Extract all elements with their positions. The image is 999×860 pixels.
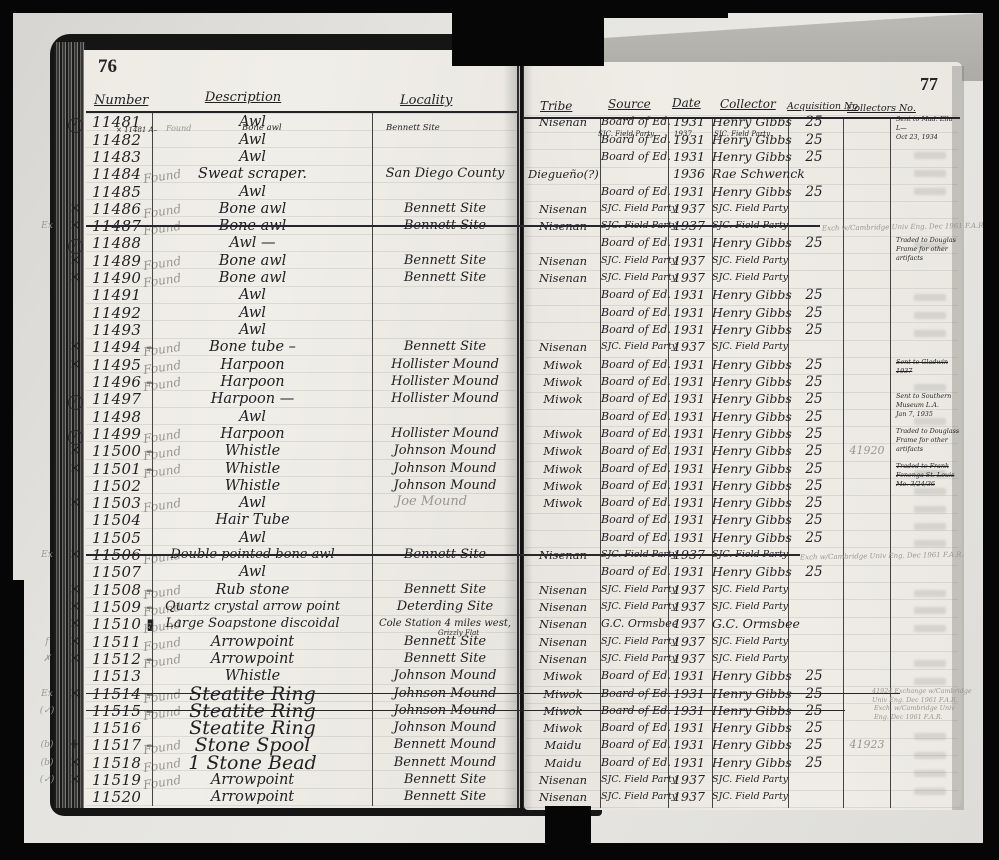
margin-note-line: Traded to Douglass	[896, 427, 966, 436]
subrow-source: SJC. Field Party	[598, 130, 654, 138]
margin-note-line: Sent to Southern	[896, 392, 966, 401]
margin-note-line: Traded to Frank	[896, 462, 966, 471]
margin-note: Sent to Gladwin1937	[896, 358, 966, 376]
margin-note: Exch. w/Cambridge UnivEng. Dec 1961 F.A.…	[874, 704, 944, 722]
margin-note-line: Museum L.A.	[896, 401, 966, 410]
subrow-collector: SJC. Field Party	[714, 130, 770, 138]
margin-note: Sent to SouthernMuseum L.A.Jan 7, 1935	[896, 392, 966, 419]
margin-note-line: Jan 7, 1935	[896, 410, 966, 419]
margin-note-line: 41924 Exchange w/Cambridge	[872, 687, 942, 696]
margin-note-line: Mo. 3/24/36	[896, 480, 966, 489]
margin-note-line: Sent to Mad. Ella	[896, 115, 966, 124]
scanned-ledger-photo: 76 77 Number Description Locality Tribe …	[0, 0, 999, 860]
subrow-date: 1937	[674, 130, 692, 138]
margin-note-line: Sent to Gladwin	[896, 358, 966, 367]
margin-note: Traded to DouglasFrame for otherartifact…	[896, 236, 966, 263]
margin-note: 41924 Exchange w/CambridgeUniv Eng. Dec …	[872, 687, 942, 705]
subrow-description: Bone awl	[242, 123, 282, 133]
margin-note: Exch w/Cambridge Univ Eng. Dec 1961 F.A.…	[800, 551, 970, 563]
margin-note: Traded to FrankFenenga St. LouisMo. 3/24…	[896, 462, 966, 489]
margin-note-line: artifacts	[896, 254, 966, 263]
photo-border-right	[983, 0, 999, 860]
margin-note-line: L—	[896, 124, 966, 133]
margin-note-line: Exch w/Cambridge Univ Eng. Dec 1961 F.A.…	[800, 551, 970, 563]
photo-dark-notch-top2	[600, 0, 728, 18]
margin-note-line: Frame for other	[896, 245, 966, 254]
margin-note-line: Fenenga St. Louis	[896, 471, 966, 480]
margin-note-line: artifacts	[896, 445, 966, 454]
margin-note-line: Exch. w/Cambridge Univ	[874, 704, 944, 713]
locality-pencil-joe-mound: Joe Mound	[396, 494, 467, 509]
margin-note-line: Oct 23, 1934	[896, 133, 966, 142]
photo-border-left-lower	[0, 580, 24, 860]
margin-note: Sent to Mad. EllaL—Oct 23, 1934	[896, 115, 966, 142]
margin-note: Exch w/Cambridge Univ Eng. Dec 1961 F.A.…	[822, 222, 992, 234]
subrow-locality: Bennett Site	[386, 123, 440, 133]
photo-dark-notch-top	[452, 0, 604, 66]
annotations-layer: × 11481 A–FoundBone awlBennett SiteSJC. …	[0, 0, 999, 860]
margin-note-line: 1937	[896, 367, 966, 376]
subrow-number: × 11481 A–	[116, 126, 157, 134]
locality-subnote-grizzly-flat: Grizzly Flat	[438, 629, 479, 637]
photo-dark-bottom-center	[545, 806, 591, 860]
margin-note-line: Eng. Dec 1961 F.A.R.	[874, 713, 944, 722]
margin-note: Traded to DouglassFrame for otherartifac…	[896, 427, 966, 454]
subrow-found: Found	[166, 124, 191, 133]
margin-note-line: Frame for other	[896, 436, 966, 445]
margin-note-line: Exch w/Cambridge Univ Eng. Dec 1961 F.A.…	[822, 222, 992, 234]
photo-border-bottom	[0, 843, 999, 860]
margin-note-line: Traded to Douglas	[896, 236, 966, 245]
